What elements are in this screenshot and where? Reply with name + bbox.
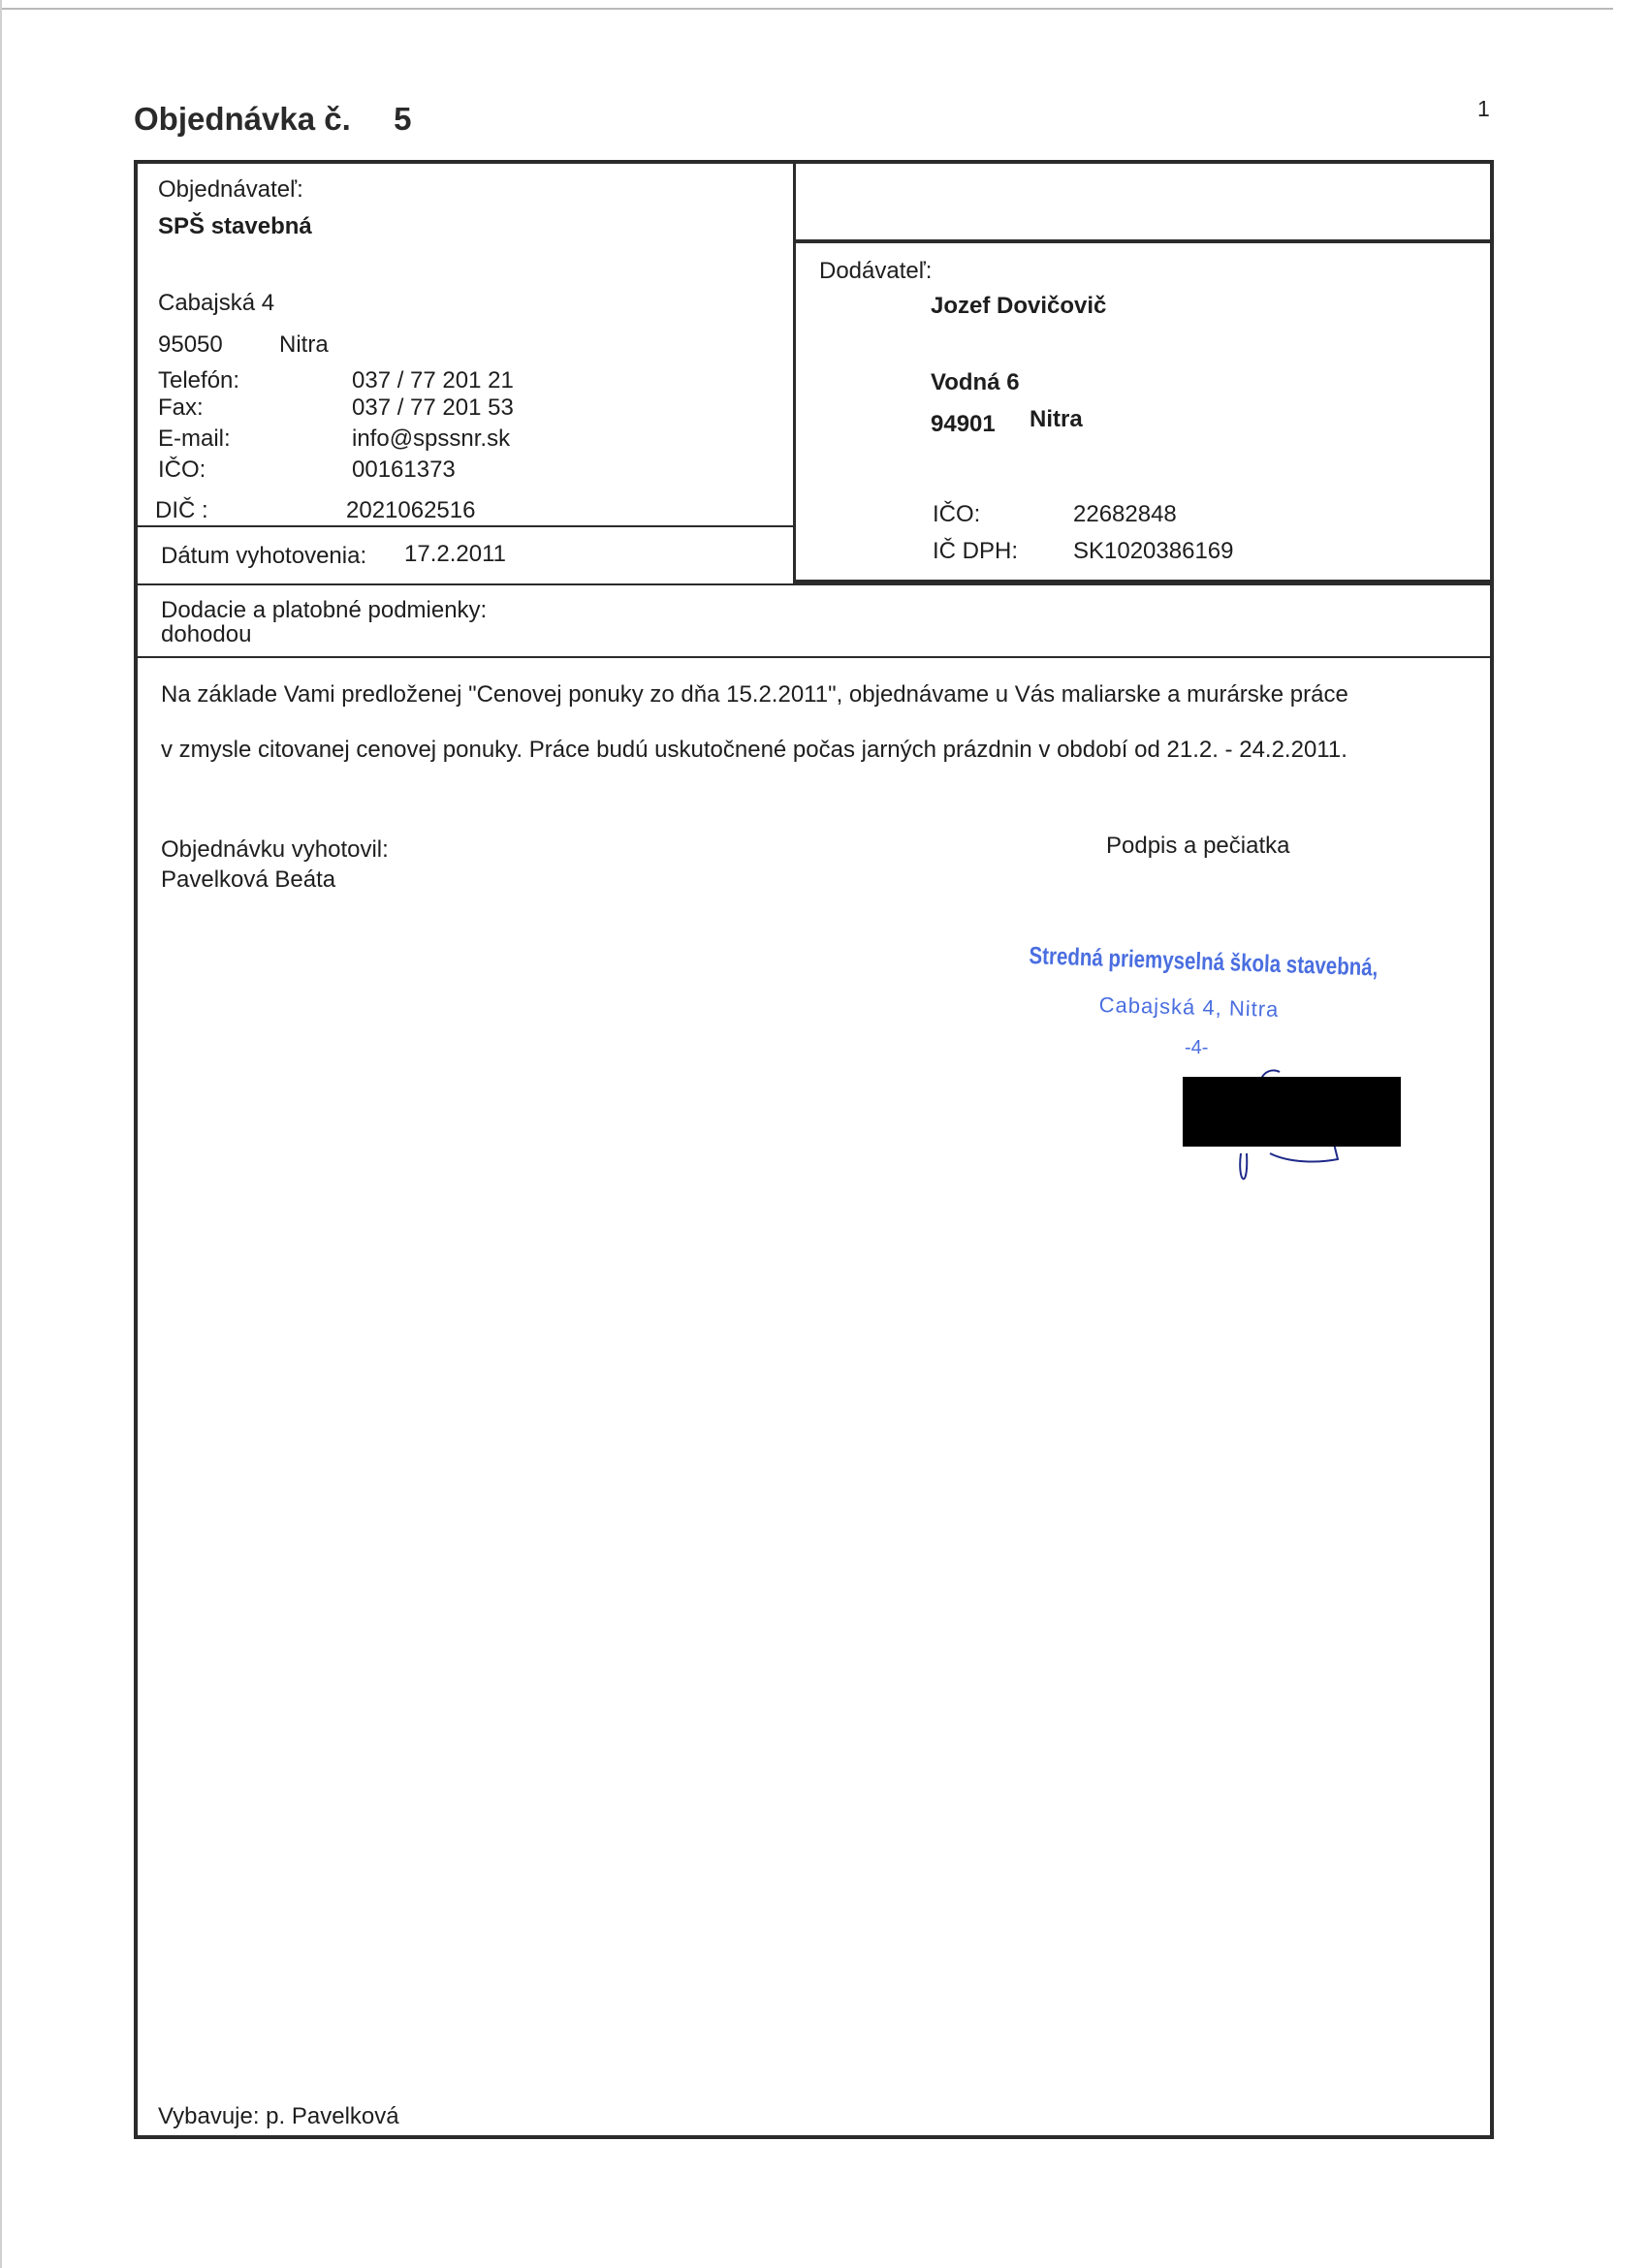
orderer-zip: 95050 (158, 333, 223, 357)
supplier-name: Jozef Dovičovič (931, 295, 1106, 318)
stamp-line-3: -4- (1185, 1037, 1208, 1059)
body-line-2: v zmysle citovanej cenovej ponuky. Práce… (161, 739, 1347, 762)
issue-date-label: Dátum vyhotovenia: (161, 545, 366, 568)
email-label: E-mail: (158, 427, 231, 451)
title-text: Objednávka č. (134, 101, 351, 137)
page-number: 1 (1477, 98, 1490, 120)
stamp-line-2: Cabajská 4, Nitra (1098, 992, 1279, 1023)
scan-edge-left (0, 0, 2, 2268)
document-title: Objednávka č. 5 (134, 101, 411, 138)
dic-value: 2021062516 (346, 499, 475, 522)
fax-value: 037 / 77 201 53 (352, 396, 514, 420)
supplier-city: Nitra (1030, 408, 1083, 431)
terms-label: Dodacie a platobné podmienky: (161, 599, 487, 622)
stamp-line-1: Stredná priemyselná škola stavebná, (1029, 942, 1379, 983)
email-value: info@spssnr.sk (352, 427, 510, 451)
prepared-by-name: Pavelková Beáta (161, 868, 335, 892)
order-number: 5 (394, 101, 411, 137)
supplier-label: Dodávateľ: (819, 260, 932, 283)
supplier-ico-label: IČO: (933, 503, 980, 526)
fax-label: Fax: (158, 396, 204, 420)
signature-redaction (1183, 1077, 1401, 1147)
supplier-icdph-label: IČ DPH: (933, 540, 1018, 563)
body-line-1: Na základe Vami predloženej "Cenovej pon… (161, 683, 1348, 707)
phone-value: 037 / 77 201 21 (352, 369, 514, 393)
issue-date-value: 17.2.2011 (404, 543, 506, 566)
handled-by: Vybavuje: p. Pavelková (158, 2105, 399, 2128)
orderer-name: SPŠ stavebná (158, 215, 312, 238)
orderer-street: Cabajská 4 (158, 292, 274, 315)
dic-label: DIČ : (155, 499, 208, 522)
terms-value: dohodou (161, 623, 251, 646)
supplier-street: Vodná 6 (931, 371, 1020, 394)
orderer-label: Objednávateľ: (158, 178, 303, 202)
signature-label: Podpis a pečiatka (1106, 835, 1289, 858)
orderer-city: Nitra (279, 333, 329, 357)
supplier-ico-value: 22682848 (1073, 503, 1177, 526)
supplier-icdph-value: SK1020386169 (1073, 540, 1234, 563)
ico-value: 00161373 (352, 458, 456, 482)
supplier-zip: 94901 (931, 413, 996, 436)
ico-label: IČO: (158, 458, 206, 482)
scan-edge-top (0, 8, 1613, 10)
phone-label: Telefón: (158, 369, 239, 393)
prepared-by-label: Objednávku vyhotovil: (161, 838, 389, 862)
